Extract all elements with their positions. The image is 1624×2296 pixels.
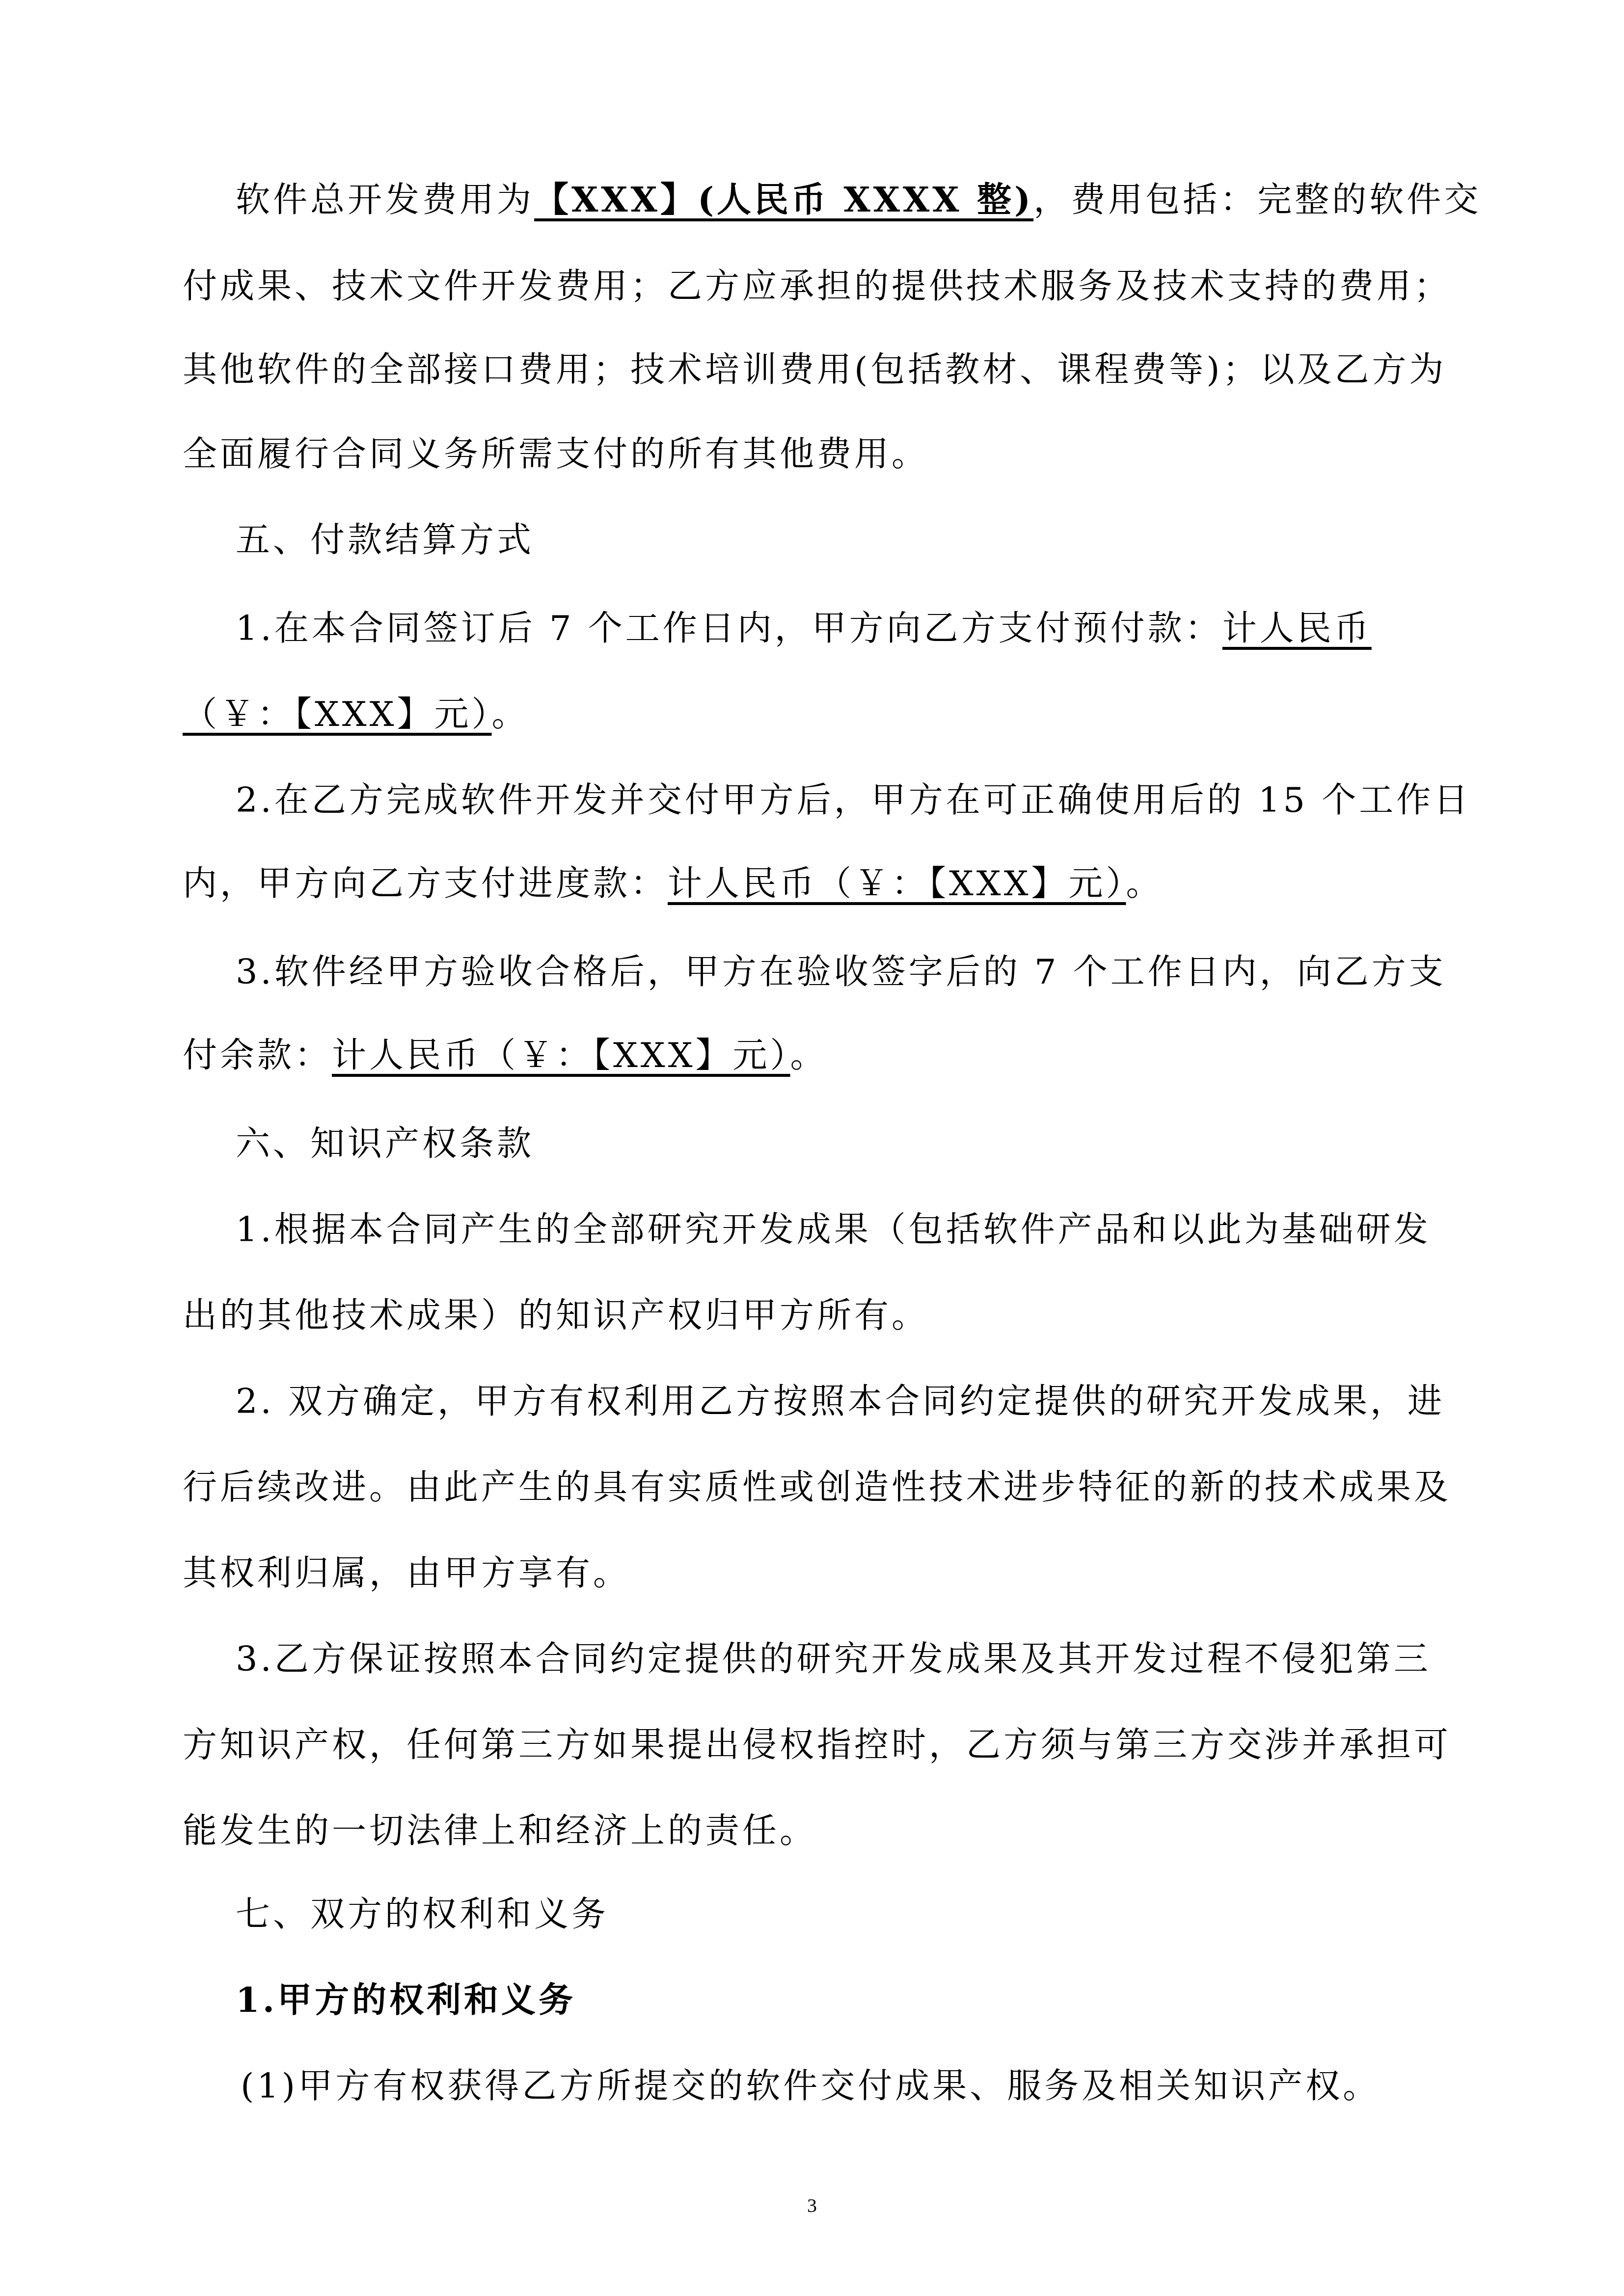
ip-item-3-line-2: 方知识产权，任何第三方如果提出侵权指控时，乙方须与第三方交涉并承担可 — [183, 1723, 1451, 1767]
payment-text: 付余款： — [183, 1035, 332, 1075]
payment-item-3-line-1: 3.软件经甲方验收合格后，甲方在验收签字后的 7 个工作日内，向乙方支 — [236, 950, 1446, 994]
fee-text: ，费用包括：完整的软件交 — [1033, 180, 1481, 220]
document-page: 软件总开发费用为【XXX】(人民币 XXXX 整)，费用包括：完整的软件交 付成… — [0, 0, 1624, 2296]
ip-item-1-line-2: 出的其他技术成果）的知识产权归甲方所有。 — [183, 1293, 929, 1337]
fee-line-1: 软件总开发费用为【XXX】(人民币 XXXX 整)，费用包括：完整的软件交 — [236, 178, 1481, 222]
payment-amount-underlined: 计人民币 — [1222, 608, 1372, 648]
payment-item-2-line-2: 内，甲方向乙方支付进度款：计人民币（￥：【XXX】元）。 — [183, 861, 1164, 906]
payment-item-3-line-2: 付余款：计人民币（￥：【XXX】元）。 — [183, 1033, 828, 1077]
payment-item-1-line-2: （￥：【XXX】元）。 — [183, 692, 529, 736]
payment-item-2-line-1: 2.在乙方完成软件开发并交付甲方后，甲方在可正确使用后的 15 个工作日 — [236, 778, 1471, 822]
payment-text: 内，甲方向乙方支付进度款： — [183, 863, 668, 904]
fee-text: 软件总开发费用为 — [236, 180, 534, 220]
sub-heading-party-a: 1.甲方的权利和义务 — [236, 1978, 576, 2022]
fee-line-4: 全面履行合同义务所需支付的所有其他费用。 — [183, 432, 929, 476]
fee-line-2: 付成果、技术文件开发费用；乙方应承担的提供技术服务及技术支持的费用； — [183, 264, 1451, 308]
ip-item-1-line-1: 1.根据本合同产生的全部研究开发成果（包括软件产品和以此为基础研发 — [236, 1207, 1431, 1252]
payment-amount-underlined: 计人民币（￥：【XXX】元） — [332, 1035, 790, 1075]
ip-item-2-line-2: 行后续改进。由此产生的具有实质性或创造性技术进步特征的新的技术成果及 — [183, 1465, 1451, 1509]
ip-item-2-line-1: 2. 双方确定，甲方有权利用乙方按照本合同约定提供的研究开发成果，进 — [236, 1379, 1445, 1423]
section-heading-ip: 六、知识产权条款 — [236, 1121, 534, 1166]
payment-text: 1.在本合同签订后 7 个工作日内，甲方向乙方支付预付款： — [236, 608, 1222, 648]
section-heading-rights: 七、双方的权利和义务 — [236, 1892, 609, 1936]
section-heading-payment: 五、付款结算方式 — [236, 518, 534, 562]
rights-item-1: (1)甲方有权获得乙方所提交的软件交付成果、服务及相关知识产权。 — [241, 2064, 1380, 2108]
payment-amount-underlined: 计人民币（￥：【XXX】元） — [668, 863, 1126, 904]
payment-amount-underlined: （￥：【XXX】元） — [183, 694, 492, 734]
ip-item-3-line-1: 3.乙方保证按照本合同约定提供的研究开发成果及其开发过程不侵犯第三 — [236, 1637, 1431, 1681]
ip-item-2-line-3: 其权利归属，由甲方享有。 — [183, 1551, 630, 1595]
fee-line-3: 其他软件的全部接口费用；技术培训费用(包括教材、课程费等)；以及乙方为 — [183, 347, 1447, 392]
payment-item-1-line-1: 1.在本合同签订后 7 个工作日内，甲方向乙方支付预付款：计人民币 — [236, 606, 1372, 650]
page-number: 3 — [0, 2194, 1624, 2217]
payment-text: 。 — [1126, 863, 1164, 904]
payment-text: 。 — [790, 1035, 828, 1075]
payment-text: 。 — [492, 694, 529, 734]
ip-item-3-line-3: 能发生的一切法律上和经济上的责任。 — [183, 1809, 817, 1853]
fee-amount-underlined: 【XXX】(人民币 XXXX 整) — [534, 179, 1033, 220]
